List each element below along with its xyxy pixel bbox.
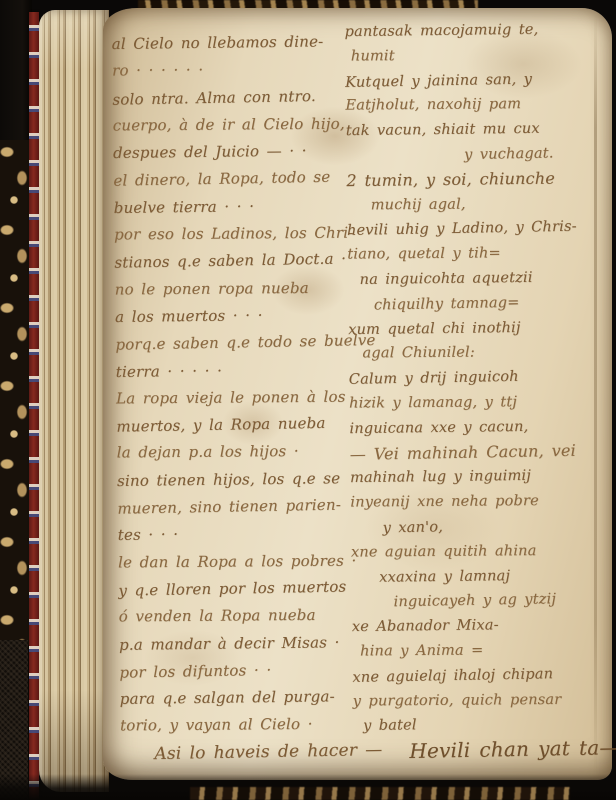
manuscript-line: ro · · · · · · <box>112 56 350 85</box>
manuscript-line: mahinah lug y inguimij <box>350 463 606 491</box>
manuscript-line: no le ponen ropa nueba <box>115 274 353 303</box>
manuscript-line: hevili uhig y Ladino, y Chris- <box>347 215 603 244</box>
manuscript-line: le dan la Ropa a los pobres · <box>118 547 356 576</box>
manuscript-line: xe Abanador Mixa- <box>352 612 608 640</box>
manuscript-line: La ropa vieja le ponen à los <box>116 383 354 412</box>
manuscript-line: y purgatorio, quich pensar <box>353 687 609 714</box>
manuscript-line: porq.e saben q.e todo se buelve <box>115 328 353 360</box>
manuscript-line: solo ntra. Alma con ntro. <box>112 82 350 114</box>
marbled-endpaper <box>0 140 30 645</box>
manuscript-line: humit <box>351 42 601 69</box>
manuscript-line: inguicayeh y ag ytzij <box>393 587 607 616</box>
manuscript-page: al Cielo no llebamos dine-ro · · · · · ·… <box>103 8 612 780</box>
manuscript-line: la dejan p.a los hijos · <box>117 438 355 467</box>
manuscript-line: por los difuntos · · <box>119 655 357 687</box>
manuscript-line: xum quetal chi inothij <box>348 315 604 343</box>
manuscript-line: Asi lo haveis de hacer — <box>154 737 358 768</box>
manuscript-line: y q.e lloren por los muertos <box>118 573 356 605</box>
manuscript-line: el dinero, la Ropa, todo se <box>113 164 351 196</box>
manuscript-line: tiano, quetal y tih= <box>347 241 603 268</box>
manuscript-line: muchij agal, <box>371 191 603 218</box>
manuscript-line: pantasak macojamuig te, <box>344 17 600 45</box>
manuscript-line: — Vei mahinah Cacun, vei <box>350 438 606 467</box>
right-text-column: pantasak macojamuig te,humitKutquel y ja… <box>344 17 609 764</box>
manuscript-line: xne aguian quitih ahina <box>351 538 607 565</box>
manuscript-line: 2 tumin, y soi, chiunche <box>346 166 602 194</box>
manuscript-line: inyeanij xne neha pobre <box>350 489 606 516</box>
manuscript-line: tak vacun, shiait mu cux <box>346 116 602 144</box>
left-text-column: al Cielo no llebamos dine-ro · · · · · ·… <box>112 28 359 768</box>
manuscript-line: tierra · · · · · <box>116 356 354 386</box>
manuscript-line: chiquilhy tamnag= <box>374 289 604 318</box>
manuscript-line: hizik y lamanag, y ttj <box>349 389 605 416</box>
manuscript-photo: al Cielo no llebamos dine-ro · · · · · ·… <box>0 0 616 800</box>
text-columns: al Cielo no llebamos dine-ro · · · · · ·… <box>98 5 616 783</box>
manuscript-line: p.a mandar à decir Misas · <box>119 629 357 659</box>
manuscript-line: a los muertos · · · <box>115 301 353 331</box>
book-bottom-edge <box>190 787 570 800</box>
manuscript-line: Eatjholut, naxohij pam <box>345 92 601 119</box>
manuscript-line: xne aguielaj ihaloj chipan <box>352 661 608 690</box>
manuscript-line: torio, y vayan al Cielo · <box>120 711 358 740</box>
manuscript-line: agal Chiunilel: <box>362 340 604 367</box>
manuscript-line: Hevili chan yat ta— <box>409 735 609 763</box>
manuscript-line: buelve tierra · · · <box>114 192 352 222</box>
manuscript-line: stianos q.e saben la Doct.a · <box>114 246 352 278</box>
spine-headband <box>29 12 39 800</box>
manuscript-line: cuerpo, à de ir al Cielo hijo, <box>113 110 351 139</box>
manuscript-line: para q.e salgan del purga- <box>120 683 358 713</box>
stacked-page-edges <box>39 10 109 792</box>
manuscript-line: y batel <box>363 711 609 739</box>
manuscript-line: muertos, y la Ropa nueba <box>116 409 354 441</box>
manuscript-line: hina y Anima = <box>360 637 608 664</box>
manuscript-line: tes · · · <box>118 519 356 549</box>
manuscript-line: na inguicohta aquetzii <box>359 265 603 293</box>
manuscript-line: mueren, sino tienen parien- <box>117 491 355 523</box>
manuscript-line: inguicana xxe y cacun, <box>349 414 605 442</box>
manuscript-line: al Cielo no llebamos dine- <box>112 28 350 58</box>
manuscript-line: ó venden la Ropa nueba <box>119 602 357 631</box>
manuscript-line: sino tienen hijos, los q.e se <box>117 465 355 495</box>
manuscript-line: y xan'o, <box>382 512 606 541</box>
manuscript-line: Calum y drij inguicoh <box>349 363 605 392</box>
manuscript-line: por eso los Ladinos, los Chri- <box>114 220 352 249</box>
manuscript-line: y vuchagat. <box>464 141 602 168</box>
manuscript-line: despues del Juicio — · · <box>113 137 351 167</box>
